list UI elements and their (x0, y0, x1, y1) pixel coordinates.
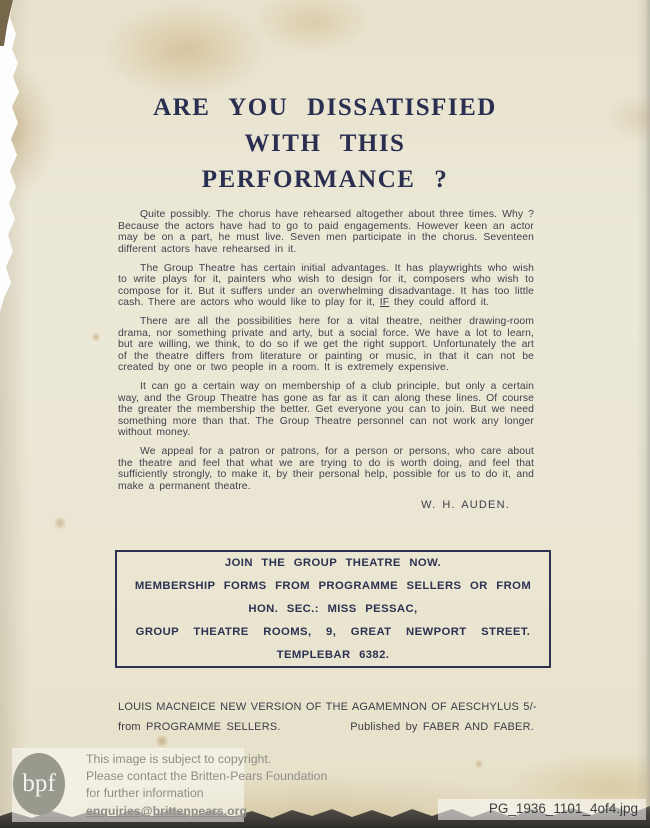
paper-sheet: ARE YOU DISSATISFIED WITH THIS PERFORMAN… (0, 0, 650, 828)
page-title: ARE YOU DISSATISFIED WITH THIS PERFORMAN… (0, 90, 650, 198)
imprint-publisher: Published by FABER AND FABER. (350, 721, 534, 733)
paragraph-2-underlined-if: IF (380, 297, 389, 308)
scanned-programme-page: ARE YOU DISSATISFIED WITH THIS PERFORMAN… (0, 0, 650, 828)
title-line-2: WITH THIS (0, 126, 650, 162)
paragraph-2-post: they could afford it. (389, 297, 489, 308)
imprint-sellers: from PROGRAMME SELLERS. (118, 721, 281, 733)
author-signature: W. H. AUDEN. (118, 500, 534, 512)
bpf-logo: bpf (13, 753, 65, 815)
notice-line-5: TEMPLEBAR 6382. (117, 644, 549, 667)
copyright-line-1: This image is subject to copyright. (86, 751, 327, 768)
notice-line-4: GROUP THEATRE ROOMS, 9, GREAT NEWPORT ST… (117, 621, 549, 644)
copyright-line-3: for further information (86, 785, 327, 802)
title-line-1: ARE YOU DISSATISFIED (0, 90, 650, 126)
notice-line-2: MEMBERSHIP FORMS FROM PROGRAMME SELLERS … (117, 575, 549, 598)
publisher-imprint: LOUIS MACNEICE NEW VERSION OF THE AGAMEM… (118, 701, 534, 733)
body-text: Quite possibly. The chorus have rehearse… (118, 209, 534, 511)
paragraph-5: We appeal for a patron or patrons, for a… (118, 446, 534, 492)
copyright-line-2: Please contact the Britten-Pears Foundat… (86, 768, 327, 785)
imprint-title-line: LOUIS MACNEICE NEW VERSION OF THE AGAMEM… (118, 701, 534, 713)
image-filename-label: PG_1936_1101_4of4.jpg (438, 799, 646, 820)
paragraph-3: There are all the possibilities here for… (118, 316, 534, 374)
copyright-notice: This image is subject to copyright. Plea… (86, 751, 327, 820)
membership-notice-box: JOIN THE GROUP THEATRE NOW. MEMBERSHIP F… (115, 550, 551, 668)
notice-line-1: JOIN THE GROUP THEATRE NOW. (117, 552, 549, 575)
paragraph-4: It can go a certain way on membership of… (118, 381, 534, 439)
contact-email-link[interactable]: enquiries@brittenpears.org (86, 803, 247, 820)
paragraph-2: The Group Theatre has certain initial ad… (118, 263, 534, 309)
paragraph-1: Quite possibly. The chorus have rehearse… (118, 209, 534, 255)
title-line-3: PERFORMANCE ? (0, 162, 650, 198)
notice-line-3: HON. SEC.: MISS PESSAC, (117, 598, 549, 621)
imprint-detail-line: from PROGRAMME SELLERS. Published by FAB… (118, 721, 534, 733)
